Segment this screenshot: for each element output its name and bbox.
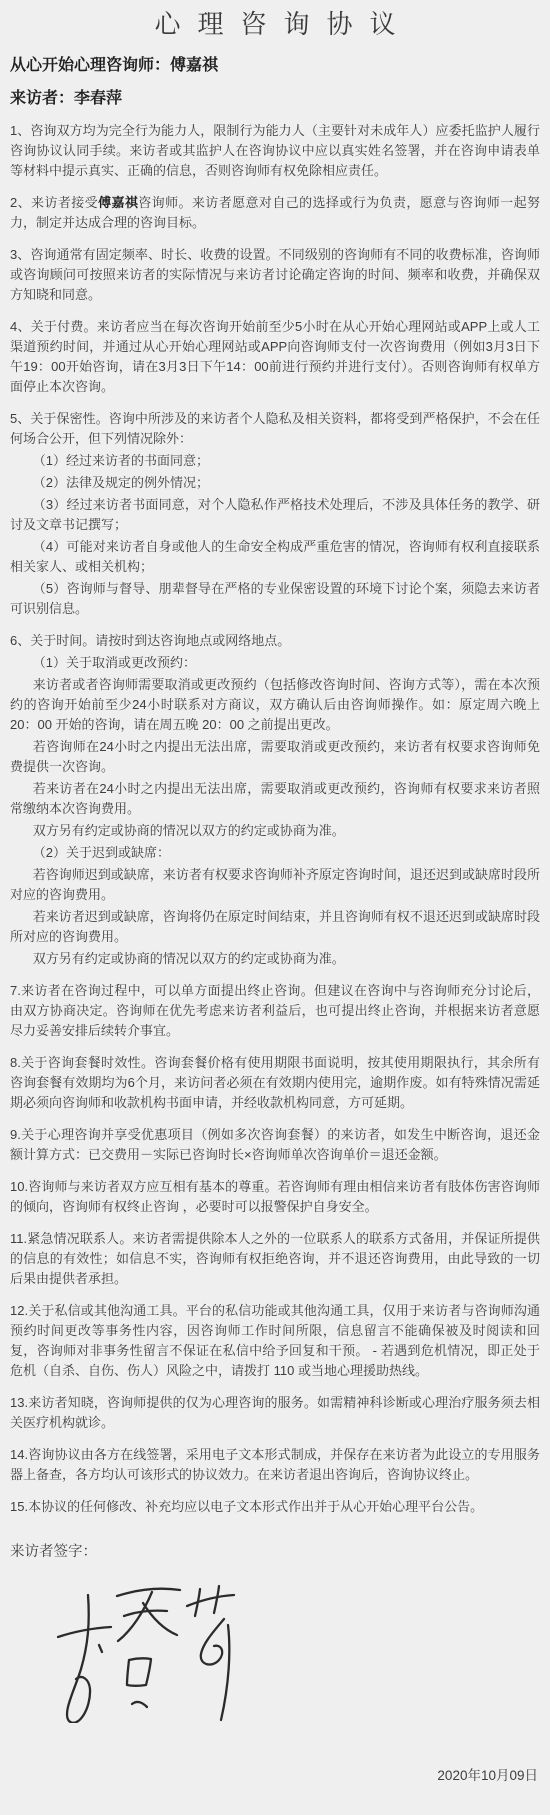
sub-clause-paragraph: （2）关于迟到或缺席：: [10, 843, 540, 863]
counselor-name-inline-bold: 傅嘉祺: [98, 195, 138, 210]
sub-clause-paragraph: （1）关于取消或更改预约：: [10, 653, 540, 673]
clause-paragraph: 3、咨询通常有固定频率、时长、收费的设置。不同级别的咨询师有不同的收费标准，咨询…: [10, 245, 540, 305]
clause-paragraph: 12.关于私信或其他沟通工具。平台的私信功能或其他沟通工具，仅用于来访者与咨询师…: [10, 1301, 540, 1381]
clauses-list: 1、咨询双方均为完全行为能力人，限制行为能力人（主要针对未成年人）应委托监护人履…: [10, 121, 540, 1517]
sub-clause-paragraph: 若咨询师迟到或缺席，来访者有权要求咨询师补齐原定咨询时间，退还迟到或缺席时段所对…: [10, 865, 540, 905]
sub-clause-paragraph: 若来访者迟到或缺席，咨询将仍在原定时间结束，并且咨询师有权不退还迟到或缺席时段所…: [10, 907, 540, 947]
clause-paragraph: 11.紧急情况联系人。来访者需提供除本人之外的一位联系人的联系方式备用，并保证所…: [10, 1229, 540, 1289]
agreement-document: 心理咨询协议 从心开始心理咨询师：傅嘉祺 来访者：李春萍 1、咨询双方均为完全行…: [0, 0, 550, 1815]
sub-clause-paragraph: （5）咨询师与督导、朋辈督导在严格的专业保密设置的环境下讨论个案，须隐去来访者可…: [10, 579, 540, 619]
sub-clause-paragraph: （4）可能对来访者自身或他人的生命安全构成严重危害的情况，咨询师有权利直接联系相…: [10, 537, 540, 577]
sub-clause-paragraph: 双方另有约定或协商的情况以双方的约定或协商为准。: [10, 821, 540, 841]
clause-paragraph: 4、关于付费。来访者应当在每次咨询开始前至少5小时在从心开始心理网站或APP上或…: [10, 317, 540, 397]
clause-paragraph: 10.咨询师与来访者双方应互相有基本的尊重。若咨询师有理由相信来访者有肢体伤害咨…: [10, 1177, 540, 1217]
sub-clause-paragraph: （3）经过来访者书面同意，对个人隐私作严格技术处理后，不涉及具体任务的教学、研讨…: [10, 495, 540, 535]
clause-paragraph: 1、咨询双方均为完全行为能力人，限制行为能力人（主要针对未成年人）应委托监护人履…: [10, 121, 540, 181]
clause-paragraph: 9.关于心理咨询并享受优惠项目（例如多次咨询套餐）的来访者，如发生中断咨询，退还…: [10, 1125, 540, 1165]
page-title: 心理咨询协议: [10, 8, 540, 40]
clause-paragraph: 8.关于咨询套餐时效性。咨询套餐价格有使用期限书面说明，按其使用期限执行，其余所…: [10, 1053, 540, 1113]
counselor-name-line: 从心开始心理咨询师：傅嘉祺: [10, 56, 540, 76]
sub-clause-paragraph: （1）经过来访者的书面同意；: [10, 451, 540, 471]
clause-paragraph: 14.咨询协议由各方在线签署，采用电子文本形式制成，并保存在来访者为此设立的专用…: [10, 1445, 540, 1485]
clause-paragraph: 2、来访者接受傅嘉祺咨询师。来访者愿意对自己的选择或行为负责，愿意与咨询师一起努…: [10, 193, 540, 233]
clause-paragraph: 13.来访者知晓，咨询师提供的仅为心理咨询的服务。如需精神科诊断或心理治疗服务须…: [10, 1393, 540, 1433]
visitor-signature: [54, 1583, 264, 1723]
clause-paragraph: 15.本协议的任何修改、补充均应以电子文本形式作出并于从心开始心理平台公告。: [10, 1497, 540, 1517]
clause-paragraph: 6、关于时间。请按时到达咨询地点或网络地点。: [10, 631, 540, 651]
sub-clause-paragraph: （2）法律及规定的例外情况；: [10, 473, 540, 493]
sub-clause-paragraph: 来访者或者咨询师需要取消或更改预约（包括修改咨询时间、咨询方式等），需在本次预约…: [10, 675, 540, 735]
sub-clause-paragraph: 双方另有约定或协商的情况以双方的约定或协商为准。: [10, 949, 540, 969]
clause-paragraph: 5、关于保密性。咨询中所涉及的来访者个人隐私及相关资料，都将受到严格保护，不会在…: [10, 409, 540, 449]
signature-ink-icon: [54, 1583, 264, 1723]
signature-date: 2020年10月09日: [10, 1767, 538, 1785]
visitor-name-line: 来访者：李春萍: [10, 89, 540, 109]
clause-paragraph: 7.来访者在咨询过程中，可以单方面提出终止咨询。但建议在咨询中与咨询师充分讨论后…: [10, 981, 540, 1041]
clause-text-part: 2、来访者接受: [10, 195, 98, 210]
sub-clause-paragraph: 若来访者在24小时之内提出无法出席，需要取消或更改预约，咨询师有权要求来访者照常…: [10, 779, 540, 819]
signature-label: 来访者签字：: [10, 1543, 540, 1561]
sub-clause-paragraph: 若咨询师在24小时之内提出无法出席，需要取消或更改预约，来访者有权要求咨询师免费…: [10, 737, 540, 777]
